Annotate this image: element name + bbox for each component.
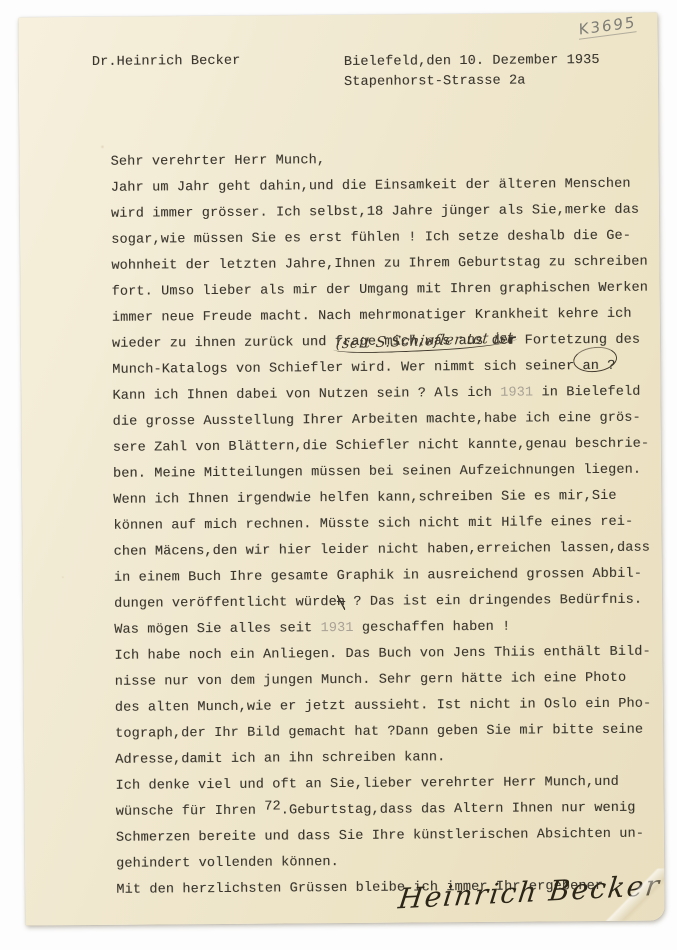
letter-text-segment: Wenn ich Ihnen irgendwie helfen kann,sch…: [113, 489, 616, 508]
letter-text-segment: n: [337, 595, 345, 610]
letter-text-segment: 72: [264, 799, 281, 814]
letter-text-segment: sere Zahl von Blättern,die Schiefler nic…: [113, 437, 649, 456]
letter-text-segment: 1931: [500, 385, 533, 400]
letter-text-segment: Adresse,damit ich an ihn schreiben kann.: [115, 750, 445, 768]
place-date-line: Bielefeld,den 10. Dezember 1935: [344, 51, 600, 73]
letter-text-segment: Ich denke viel und oft an Sie,lieber ver…: [115, 775, 618, 794]
letter-text-segment: Fortetzung des: [516, 333, 640, 349]
letter-text-segment: wird immer grösser. Ich selbst,18 Jahre …: [111, 203, 639, 222]
letter-text-segment: in Bielefeld: [533, 385, 640, 401]
letter-text-segment: 1931: [320, 621, 353, 636]
letter-text-segment: Was mögen Sie alles seit: [114, 621, 320, 638]
letter-text-segment: in einem Buch Ihre gesamte Graphik in au…: [114, 567, 642, 586]
letter-text-segment: Munch-Katalogs von Schiefler wird. Wer n…: [112, 359, 615, 378]
sender-name: Dr.Heinrich Becker: [92, 54, 241, 70]
letter-text-segment: tograph,der Ihr Bild gemacht hat ?Dann g…: [115, 723, 643, 742]
letter-text-segment: wohnheit der letzten Jahre,Ihnen zu Ihre…: [111, 255, 647, 274]
letter-text-segment: sogar,wie müssen Sie es erst fühlen ! Ic…: [111, 229, 631, 248]
sender-address-line: Stapenhorst-Strasse 2a: [344, 70, 600, 92]
letter-text-segment: ben. Meine Mitteilungen müssen bei seine…: [113, 463, 641, 482]
letter-text-segment: die grosse Ausstellung Ihrer Arbeiten ma…: [113, 411, 641, 430]
letter-text-segment: Sehr verehrter Herr Munch,: [111, 153, 326, 170]
letter-text-segment: .Geburtstag,dass das Altern Ihnen nur we…: [281, 801, 636, 819]
letter-text-segment: nisse nur von dem jungen Munch. Sehr ger…: [115, 671, 627, 690]
letter-text-segment: Kann ich Ihnen dabei von Nutzen sein ? A…: [112, 386, 500, 404]
letter-body: Sehr verehrter Herr Munch,Jahr um Jahr g…: [110, 146, 652, 904]
letter-text-segment: Jahr um Jahr geht dahin,und die Einsamke…: [111, 177, 631, 196]
letter-text-segment: dungen veröffentlicht würde: [114, 595, 337, 612]
letter-line: dungen veröffentlicht würden ? Das ist e…: [114, 588, 651, 618]
date-address-block: Bielefeld,den 10. Dezember 1935 Stapenho…: [344, 51, 600, 92]
letter-text-segment: chen Mäcens,den wir hier leider nicht ha…: [114, 541, 650, 560]
letter-text-segment: Schmerzen bereite und dass Sie Ihre küns…: [116, 827, 644, 846]
archive-number-annotation: K3695: [579, 13, 637, 40]
letter-text-segment: gehindert vollenden können.: [116, 855, 339, 872]
letter-text-segment: geschaffen haben !: [354, 620, 511, 636]
letter-text-segment: ? Das ist ein dringendes Bedürfnis.: [345, 593, 642, 610]
letter-text-segment: des alten Munch,wie er jetzt aussieht. I…: [115, 697, 651, 716]
letter-text-segment: immer neue Freude macht. Nach mehrmonati…: [112, 307, 632, 326]
letter-text-segment: fort. Umso lieber als mir der Umgang mit…: [112, 281, 648, 300]
letter-line: tograph,der Ihr Bild gemacht hat ?Dann g…: [115, 718, 652, 748]
scan-background: K3695 Dr.Heinrich Becker Bielefeld,den 1…: [0, 0, 677, 950]
letter-text-segment: wünsche für Ihren: [116, 804, 265, 820]
letter-line: Schmerzen bereite und dass Sie Ihre küns…: [116, 822, 653, 852]
letter-text-segment: Ich habe noch ein Anliegen. Das Buch von…: [114, 645, 650, 664]
letter-text-segment: können auf mich rechnen. Müsste sich nic…: [113, 515, 633, 534]
letter-paper: K3695 Dr.Heinrich Becker Bielefeld,den 1…: [18, 13, 664, 926]
